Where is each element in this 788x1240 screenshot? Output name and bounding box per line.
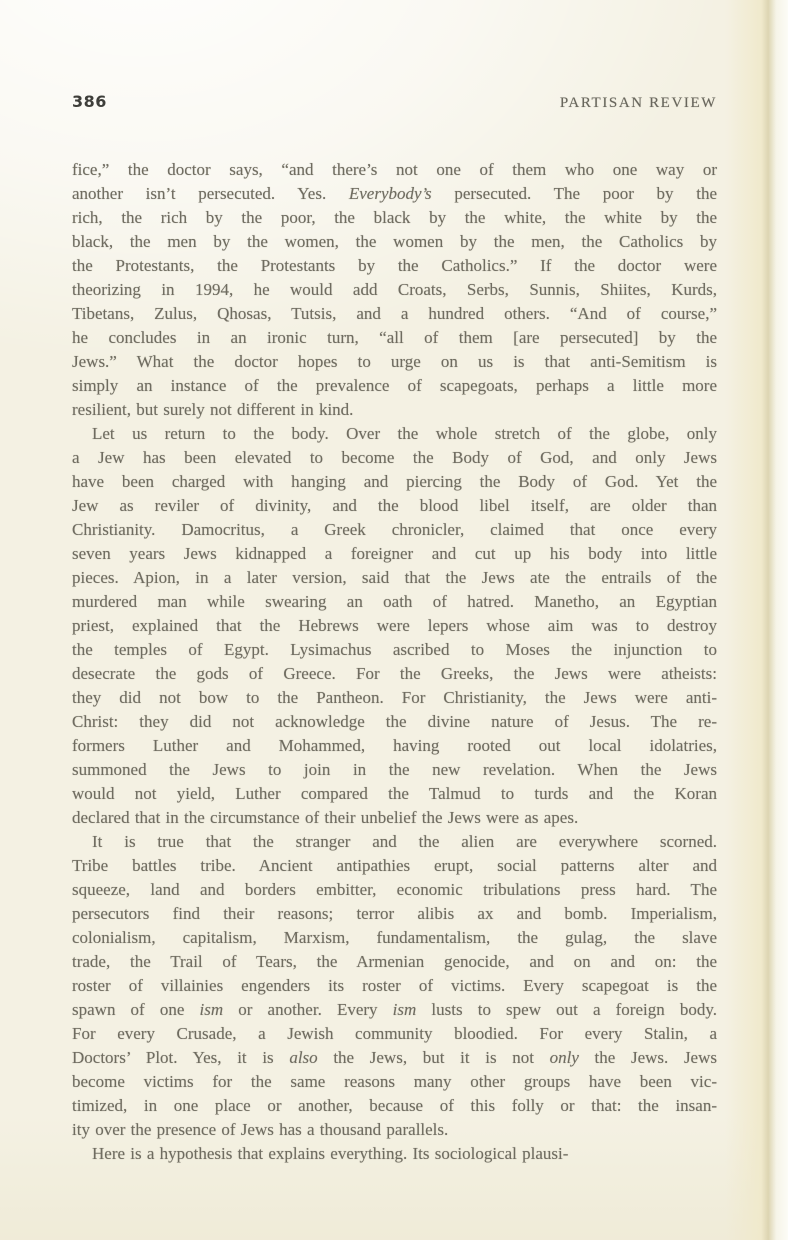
- page-scan: 386 PARTISAN REVIEW fice,” the doctor sa…: [0, 0, 788, 1240]
- text-line: a Jew has been elevated to become the Bo…: [72, 446, 717, 470]
- page-number: 386: [72, 92, 107, 111]
- paragraph: Let us return to the body. Over the whol…: [72, 422, 717, 830]
- text-line: Let us return to the body. Over the whol…: [72, 422, 717, 446]
- text-line: colonialism, capitalism, Marxism, fundam…: [72, 926, 717, 950]
- text-line: desecrate the gods of Greece. For the Gr…: [72, 662, 717, 686]
- journal-title: PARTISAN REVIEW: [560, 95, 717, 112]
- text-line: persecutors find their reasons; terror a…: [72, 902, 717, 926]
- body-text: fice,” the doctor says, “and there’s not…: [72, 158, 717, 1166]
- text-line: he concludes in an ironic turn, “all of …: [72, 326, 717, 350]
- paragraph: fice,” the doctor says, “and there’s not…: [72, 158, 717, 422]
- text-line: priest, explained that the Hebrews were …: [72, 614, 717, 638]
- text-line: become victims for the same reasons many…: [72, 1070, 717, 1094]
- text-line: resilient, but surely not different in k…: [72, 398, 717, 422]
- text-line: Tibetans, Zulus, Qhosas, Tutsis, and a h…: [72, 302, 717, 326]
- text-line: trade, the Trail of Tears, the Armenian …: [72, 950, 717, 974]
- text-line: simply an instance of the prevalence of …: [72, 374, 717, 398]
- paragraph: Here is a hypothesis that explains every…: [72, 1142, 717, 1166]
- text-line: summoned the Jews to join in the new rev…: [72, 758, 717, 782]
- text-line: Doctors’ Plot. Yes, it is also the Jews,…: [72, 1046, 717, 1070]
- text-line: pieces. Apion, in a later version, said …: [72, 566, 717, 590]
- text-line: Tribe battles tribe. Ancient antipathies…: [72, 854, 717, 878]
- text-line: they did not bow to the Pantheon. For Ch…: [72, 686, 717, 710]
- text-line: another isn’t persecuted. Yes. Everybody…: [72, 182, 717, 206]
- text-line: ity over the presence of Jews has a thou…: [72, 1118, 717, 1142]
- text-line: black, the men by the women, the women b…: [72, 230, 717, 254]
- paragraph: It is true that the stranger and the ali…: [72, 830, 717, 1142]
- running-head: 386 PARTISAN REVIEW: [72, 92, 717, 112]
- text-line: It is true that the stranger and the ali…: [72, 830, 717, 854]
- text-line: Jews.” What the doctor hopes to urge on …: [72, 350, 717, 374]
- text-line: squeeze, land and borders embitter, econ…: [72, 878, 717, 902]
- text-line: roster of villainies engenders its roste…: [72, 974, 717, 998]
- text-line: would not yield, Luther compared the Tal…: [72, 782, 717, 806]
- text-line: the temples of Egypt. Lysimachus ascribe…: [72, 638, 717, 662]
- text-line: seven years Jews kidnapped a foreigner a…: [72, 542, 717, 566]
- text-line: Here is a hypothesis that explains every…: [72, 1142, 717, 1166]
- text-line: formers Luther and Mohammed, having root…: [72, 734, 717, 758]
- text-line: For every Crusade, a Jewish community bl…: [72, 1022, 717, 1046]
- text-line: rich, the rich by the poor, the black by…: [72, 206, 717, 230]
- text-line: the Protestants, the Protestants by the …: [72, 254, 717, 278]
- text-line: theorizing in 1994, he would add Croats,…: [72, 278, 717, 302]
- text-line: have been charged with hanging and pierc…: [72, 470, 717, 494]
- text-line: declared that in the circumstance of the…: [72, 806, 717, 830]
- text-line: spawn of one ism or another. Every ism l…: [72, 998, 717, 1022]
- text-line: Christ: they did not acknowledge the div…: [72, 710, 717, 734]
- text-line: fice,” the doctor says, “and there’s not…: [72, 158, 717, 182]
- text-line: timized, in one place or another, becaus…: [72, 1094, 717, 1118]
- text-line: Jew as reviler of divinity, and the bloo…: [72, 494, 717, 518]
- text-line: murdered man while swearing an oath of h…: [72, 590, 717, 614]
- text-line: Christianity. Damocritus, a Greek chroni…: [72, 518, 717, 542]
